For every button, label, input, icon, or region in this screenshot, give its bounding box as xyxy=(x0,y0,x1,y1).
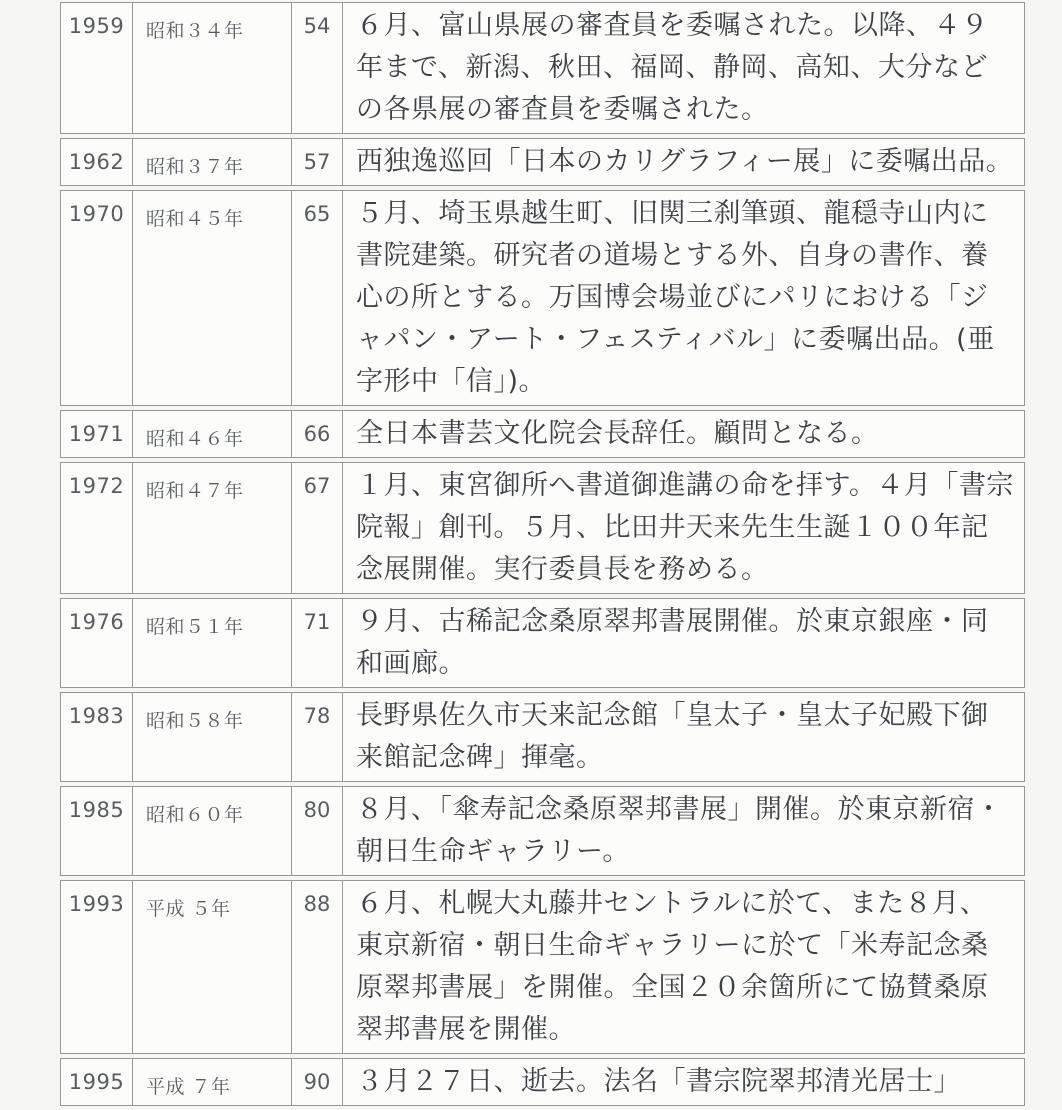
table-row: 1993 平成 ５年 88 ６月、札幌大丸藤井セントラルに於て、また８月、東京新… xyxy=(60,880,1025,1054)
age-cell: 67 xyxy=(292,463,343,593)
description-cell: １月、東宮御所へ書道御進講の命を拝す。４月「書宗院報」創刊。５月、比田井天来先生… xyxy=(343,463,1024,593)
year-cell: 1962 xyxy=(61,139,133,185)
table-row: 1972 昭和４７年 67 １月、東宮御所へ書道御進講の命を拝す。４月「書宗院報… xyxy=(60,462,1025,594)
table-row: 1985 昭和６０年 80 ８月、「傘寿記念桑原翠邦書展」開催。於東京新宿・朝日… xyxy=(60,786,1025,876)
description-cell: ６月、札幌大丸藤井セントラルに於て、また８月、東京新宿・朝日生命ギャラリーに於て… xyxy=(343,881,1024,1053)
era-cell: 昭和４７年 xyxy=(133,463,292,593)
age-cell: 78 xyxy=(292,693,343,781)
age-cell: 65 xyxy=(292,191,343,405)
table-row: 1983 昭和５８年 78 長野県佐久市天来記念館「皇太子・皇太子妃殿下御来館記… xyxy=(60,692,1025,782)
year-cell: 1970 xyxy=(61,191,133,405)
year-cell: 1995 xyxy=(61,1059,133,1080)
year-cell: 1985 xyxy=(61,787,133,875)
description-cell: ３月２７日、逝去。法名「書宗院翠邦清光居士」 xyxy=(343,1059,1024,1080)
year-cell: 1972 xyxy=(61,463,133,593)
year-cell: 1993 xyxy=(61,881,133,1053)
table-row: 1970 昭和４５年 65 ５月、埼玉県越生町、旧関三刹筆頭、龍穏寺山内に書院建… xyxy=(60,190,1025,406)
description-cell: ９月、古稀記念桑原翠邦書展開催。於東京銀座・同和画廊。 xyxy=(343,599,1024,687)
era-cell: 平成 ５年 xyxy=(133,881,292,1053)
table-row: 1995 平成 ７年 90 ３月２７日、逝去。法名「書宗院翠邦清光居士」 xyxy=(60,1058,1025,1080)
table-row: 1971 昭和４６年 66 全日本書芸文化院会長辞任。顧問となる。 xyxy=(60,410,1025,458)
description-cell: ５月、埼玉県越生町、旧関三刹筆頭、龍穏寺山内に書院建築。研究者の道場とする外、自… xyxy=(343,191,1024,405)
description-cell: ８月、「傘寿記念桑原翠邦書展」開催。於東京新宿・朝日生命ギャラリー。 xyxy=(343,787,1024,875)
description-cell: 全日本書芸文化院会長辞任。顧問となる。 xyxy=(343,411,1024,457)
year-cell: 1971 xyxy=(61,411,133,457)
table-row: 1962 昭和３７年 57 西独逸巡回「日本のカリグラフィー展」に委嘱出品。 xyxy=(60,138,1025,186)
era-cell: 昭和４６年 xyxy=(133,411,292,457)
chronology-table: 1959 昭和３４年 54 ６月、富山県展の審査員を委嘱された。以降、４９年まで… xyxy=(60,2,1025,1080)
era-cell: 昭和５８年 xyxy=(133,693,292,781)
era-cell: 平成 ７年 xyxy=(133,1059,292,1080)
era-cell: 昭和３４年 xyxy=(133,3,292,133)
era-cell: 昭和６０年 xyxy=(133,787,292,875)
year-cell: 1983 xyxy=(61,693,133,781)
year-cell: 1976 xyxy=(61,599,133,687)
age-cell: 66 xyxy=(292,411,343,457)
age-cell: 88 xyxy=(292,881,343,1053)
description-cell: 長野県佐久市天来記念館「皇太子・皇太子妃殿下御来館記念碑」揮毫。 xyxy=(343,693,1024,781)
age-cell: 57 xyxy=(292,139,343,185)
age-cell: 54 xyxy=(292,3,343,133)
year-cell: 1959 xyxy=(61,3,133,133)
era-cell: 昭和３７年 xyxy=(133,139,292,185)
age-cell: 80 xyxy=(292,787,343,875)
description-cell: 西独逸巡回「日本のカリグラフィー展」に委嘱出品。 xyxy=(343,139,1024,185)
table-row: 1959 昭和３４年 54 ６月、富山県展の審査員を委嘱された。以降、４９年まで… xyxy=(60,2,1025,134)
description-cell: ６月、富山県展の審査員を委嘱された。以降、４９年まで、新潟、秋田、福岡、静岡、高… xyxy=(343,3,1024,133)
era-cell: 昭和４５年 xyxy=(133,191,292,405)
table-row: 1976 昭和５１年 71 ９月、古稀記念桑原翠邦書展開催。於東京銀座・同和画廊… xyxy=(60,598,1025,688)
era-cell: 昭和５１年 xyxy=(133,599,292,687)
age-cell: 90 xyxy=(292,1059,343,1080)
age-cell: 71 xyxy=(292,599,343,687)
